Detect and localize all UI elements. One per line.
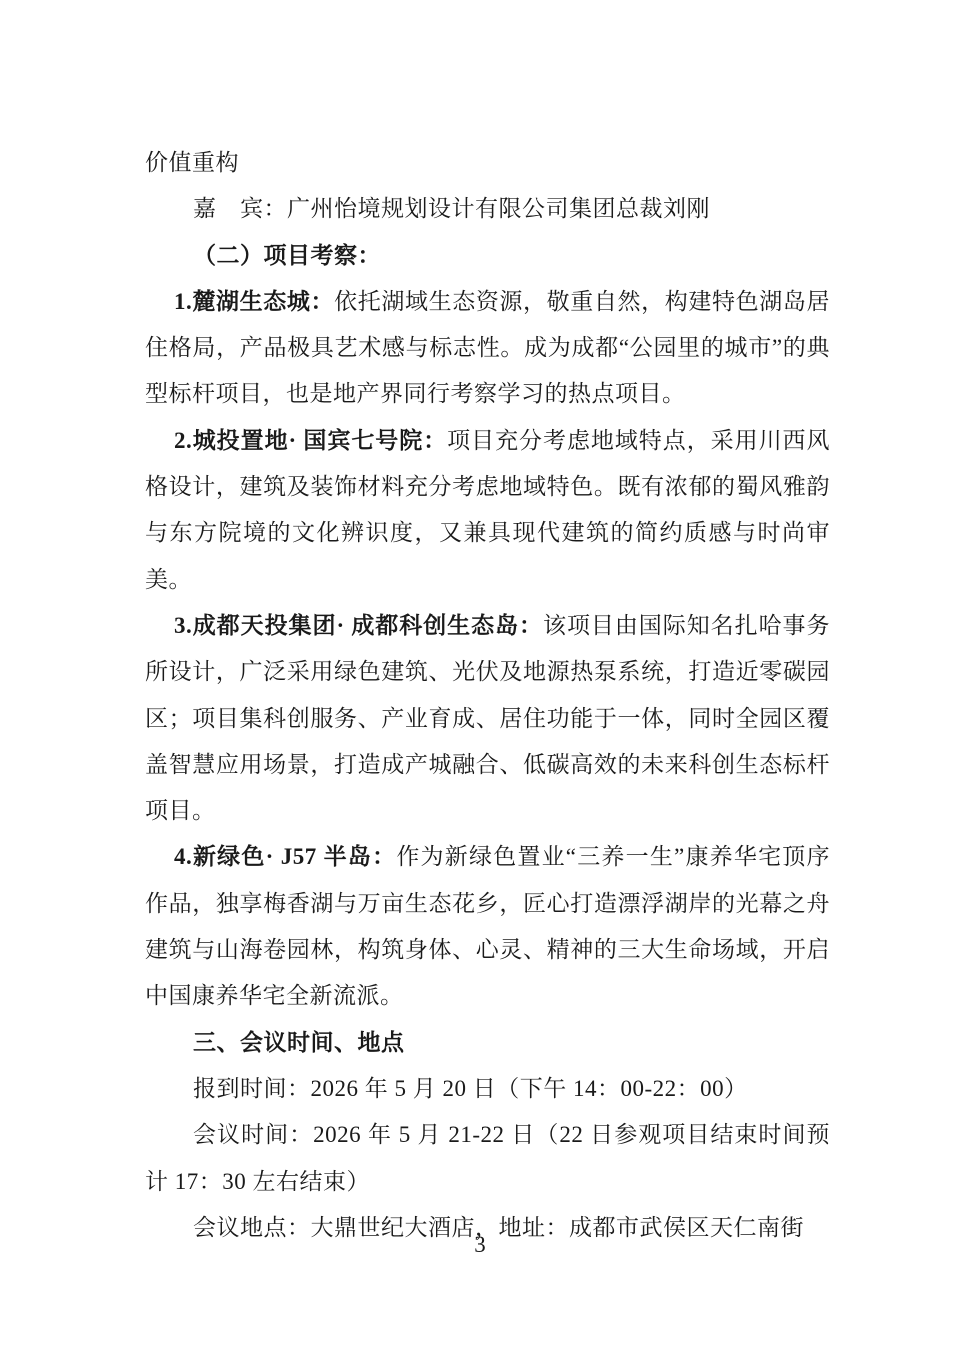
document-body: 价值重构 嘉 宾：广州怡境规划设计有限公司集团总裁刘刚 （二）项目考察： 1.麓… — [145, 140, 830, 1251]
section-heading-project-inspection: （二）项目考察： — [145, 233, 830, 279]
project-1-title: 1.麓湖生态城： — [174, 289, 334, 314]
project-4-title: 4.新绿色· J57 半岛： — [174, 844, 396, 869]
section-heading-meeting-time-venue: 三、会议时间、地点 — [145, 1020, 830, 1066]
checkin-time-line: 报到时间：2026 年 5 月 20 日（下午 14：00-22：00） — [145, 1066, 830, 1112]
project-3-description: 该项目由国际知名扎哈事务所设计，广泛采用绿色建筑、光伏及地源热泵系统，打造近零碳… — [145, 613, 830, 823]
continuation-text: 价值重构 — [145, 140, 830, 186]
page-number: 3 — [0, 1232, 960, 1258]
project-2-title: 2.城投置地· 国宾七号院： — [174, 428, 447, 453]
document-page: 价值重构 嘉 宾：广州怡境规划设计有限公司集团总裁刘刚 （二）项目考察： 1.麓… — [0, 0, 960, 1358]
project-paragraph-luhu: 1.麓湖生态城：依托湖域生态资源，敬重自然，构建特色湖岛居住格局，产品极具艺术感… — [145, 279, 830, 418]
project-paragraph-guobin: 2.城投置地· 国宾七号院：项目充分考虑地域特点，采用川西风格设计，建筑及装饰材… — [145, 418, 830, 603]
project-paragraph-kechuang: 3.成都天投集团· 成都科创生态岛：该项目由国际知名扎哈事务所设计，广泛采用绿色… — [145, 603, 830, 834]
project-3-title: 3.成都天投集团· 成都科创生态岛： — [174, 613, 543, 638]
project-paragraph-j57: 4.新绿色· J57 半岛：作为新绿色置业“三养一生”康养华宅顶序作品，独享梅香… — [145, 834, 830, 1019]
meeting-time-line: 会议时间：2026 年 5 月 21-22 日（22 日参观项目结束时间预计 1… — [145, 1112, 830, 1205]
guest-label: 嘉 宾： — [193, 196, 287, 221]
guest-line: 嘉 宾：广州怡境规划设计有限公司集团总裁刘刚 — [145, 186, 830, 232]
guest-value: 广州怡境规划设计有限公司集团总裁刘刚 — [287, 196, 710, 221]
